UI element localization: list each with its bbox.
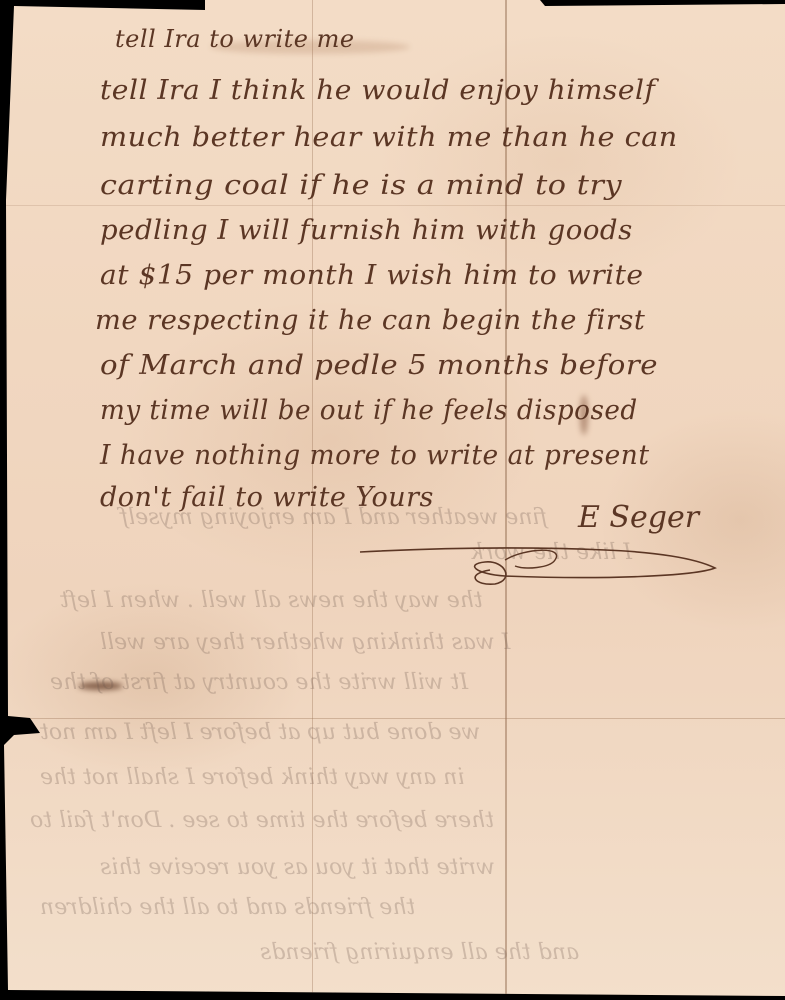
letter-line: tell Ira I think he would enjoy himself bbox=[100, 75, 655, 106]
fold-line bbox=[0, 205, 785, 206]
fold-line bbox=[0, 718, 785, 719]
letter-line: of March and pedle 5 months before bbox=[100, 350, 658, 381]
signature-flourish-icon bbox=[355, 540, 725, 590]
letter-line: me respecting it he can begin the first bbox=[95, 305, 645, 336]
letter-line: I have nothing more to write at present bbox=[100, 440, 649, 471]
letter-line: pedling I will furnish him with goods bbox=[100, 215, 633, 246]
letter-line: don't fail to write Yours bbox=[100, 482, 434, 513]
signature: E Seger bbox=[578, 500, 699, 535]
letter-line: carting coal if he is a mind to try bbox=[100, 170, 622, 201]
letter-line: much better hear with me than he can bbox=[100, 122, 678, 153]
letter-page: fine weather and I am enjoying myself I … bbox=[0, 0, 785, 1000]
letter-line: my time will be out if he feels disposed bbox=[100, 395, 638, 426]
letter-line: at $15 per month I wish him to write bbox=[100, 260, 644, 291]
letter-line: tell Ira to write me bbox=[115, 25, 355, 53]
